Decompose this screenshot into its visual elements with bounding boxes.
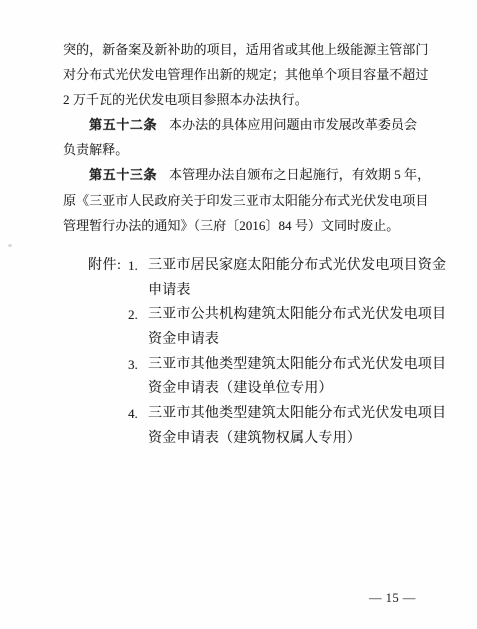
attachment-item-1-text-cont: 申请表 (148, 279, 191, 304)
attachment-item-3-line-2: 资金申请表（建设单位专用） (63, 377, 437, 402)
attachment-item-4-line-2: 资金申请表（建筑物权属人专用） (63, 427, 437, 452)
attachments-label: 附件: (88, 254, 121, 279)
scan-speck (8, 244, 12, 247)
attachment-item-2-number: 2. (128, 303, 138, 328)
body-line: 负责解释。 (63, 137, 435, 162)
page-number: — 15 — (369, 591, 416, 606)
attachment-item-1-line-1: 附件: 1. 三亚市居民家庭太阳能分布式光伏发电项目资金 (63, 254, 437, 279)
article-body: 突的，新备案及新补助的项目，适用省或其他上级能源主管部门 对分布式光伏发电管理作… (63, 37, 435, 238)
body-line: 2 万千瓦的光伏发电项目参照本办法执行。 (63, 87, 435, 112)
attachment-item-1-line-2: 申请表 (63, 279, 437, 304)
attachment-item-4-number: 4. (128, 402, 138, 427)
body-line-article-52: 第五十二条本办法的具体应用问题由市发展改革委员会 (63, 112, 435, 137)
attachment-item-2-line-2: 资金申请表 (63, 328, 437, 353)
attachment-item-4-text-cont: 资金申请表（建筑物权属人专用） (148, 427, 361, 452)
attachment-item-2-text: 三亚市公共机构建筑太阳能分布式光伏发电项目 (148, 303, 446, 328)
body-line: 突的，新备案及新补助的项目，适用省或其他上级能源主管部门 (63, 37, 435, 62)
attachment-item-3-text: 三亚市其他类型建筑太阳能分布式光伏发电项目 (148, 353, 446, 378)
article-53-text: 本管理办法自颁布之日起施行，有效期 5 年， (169, 167, 430, 182)
article-53-number: 第五十三条 (89, 167, 157, 182)
attachment-item-3-number: 3. (128, 353, 138, 378)
document-page: 突的，新备案及新补助的项目，适用省或其他上级能源主管部门 对分布式光伏发电管理作… (0, 0, 477, 629)
article-52-number: 第五十二条 (89, 117, 157, 132)
body-line: 管理暂行办法的通知》（三府〔2016〕84 号）文同时废止。 (63, 213, 435, 238)
attachment-item-4-line-1: 4. 三亚市其他类型建筑太阳能分布式光伏发电项目 (63, 402, 437, 427)
attachment-item-1-number: 1. (128, 254, 138, 279)
body-line: 原《三亚市人民政府关于印发三亚市太阳能分布式光伏发电项目 (63, 188, 435, 213)
attachment-item-4-text: 三亚市其他类型建筑太阳能分布式光伏发电项目 (148, 402, 446, 427)
attachment-item-3-line-1: 3. 三亚市其他类型建筑太阳能分布式光伏发电项目 (63, 353, 437, 378)
attachment-item-3-text-cont: 资金申请表（建设单位专用） (148, 377, 333, 402)
attachment-item-2-text-cont: 资金申请表 (148, 328, 219, 353)
attachment-item-2-line-1: 2. 三亚市公共机构建筑太阳能分布式光伏发电项目 (63, 303, 437, 328)
attachment-item-1-text: 三亚市居民家庭太阳能分布式光伏发电项目资金 (148, 254, 446, 279)
body-line: 对分布式光伏发电管理作出新的规定；其他单个项目容量不超过 (63, 62, 435, 87)
article-52-text: 本办法的具体应用问题由市发展改革委员会 (169, 117, 417, 132)
attachments-list: 附件: 1. 三亚市居民家庭太阳能分布式光伏发电项目资金 申请表 2. 三亚市公… (63, 254, 437, 452)
body-line-article-53: 第五十三条本管理办法自颁布之日起施行，有效期 5 年， (63, 162, 435, 187)
